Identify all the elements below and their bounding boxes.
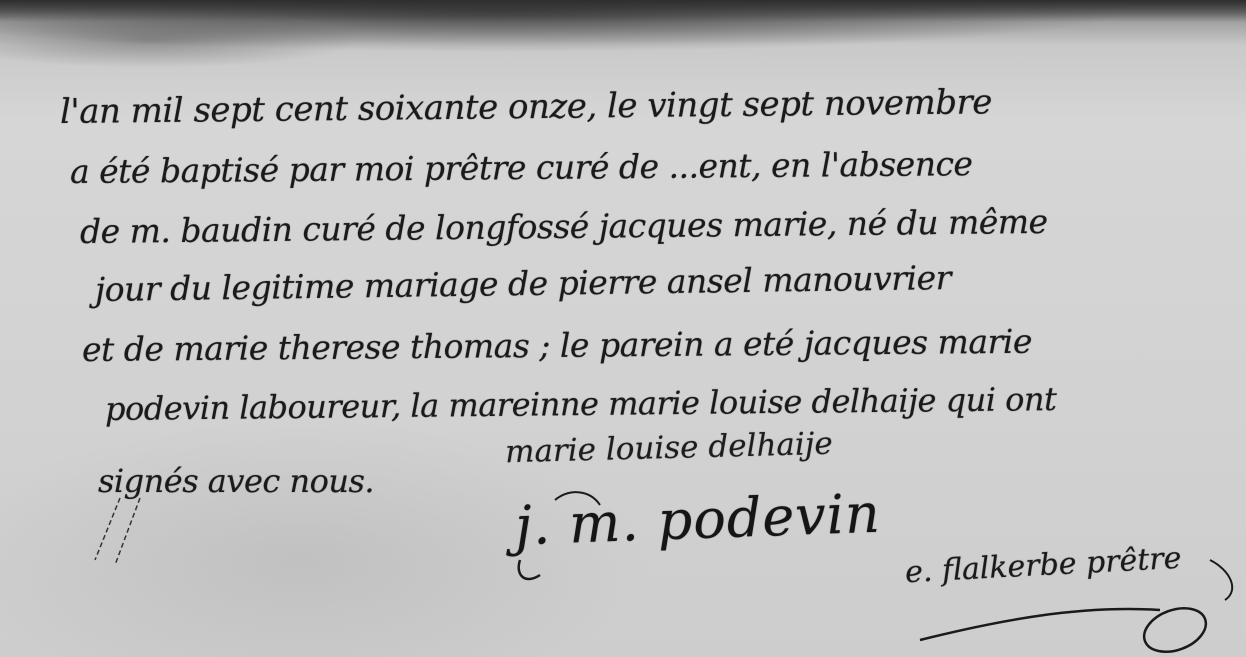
signature-flourish-icon bbox=[0, 0, 1246, 657]
document-page: l'an mil sept cent soixante onze, le vin… bbox=[0, 0, 1246, 657]
